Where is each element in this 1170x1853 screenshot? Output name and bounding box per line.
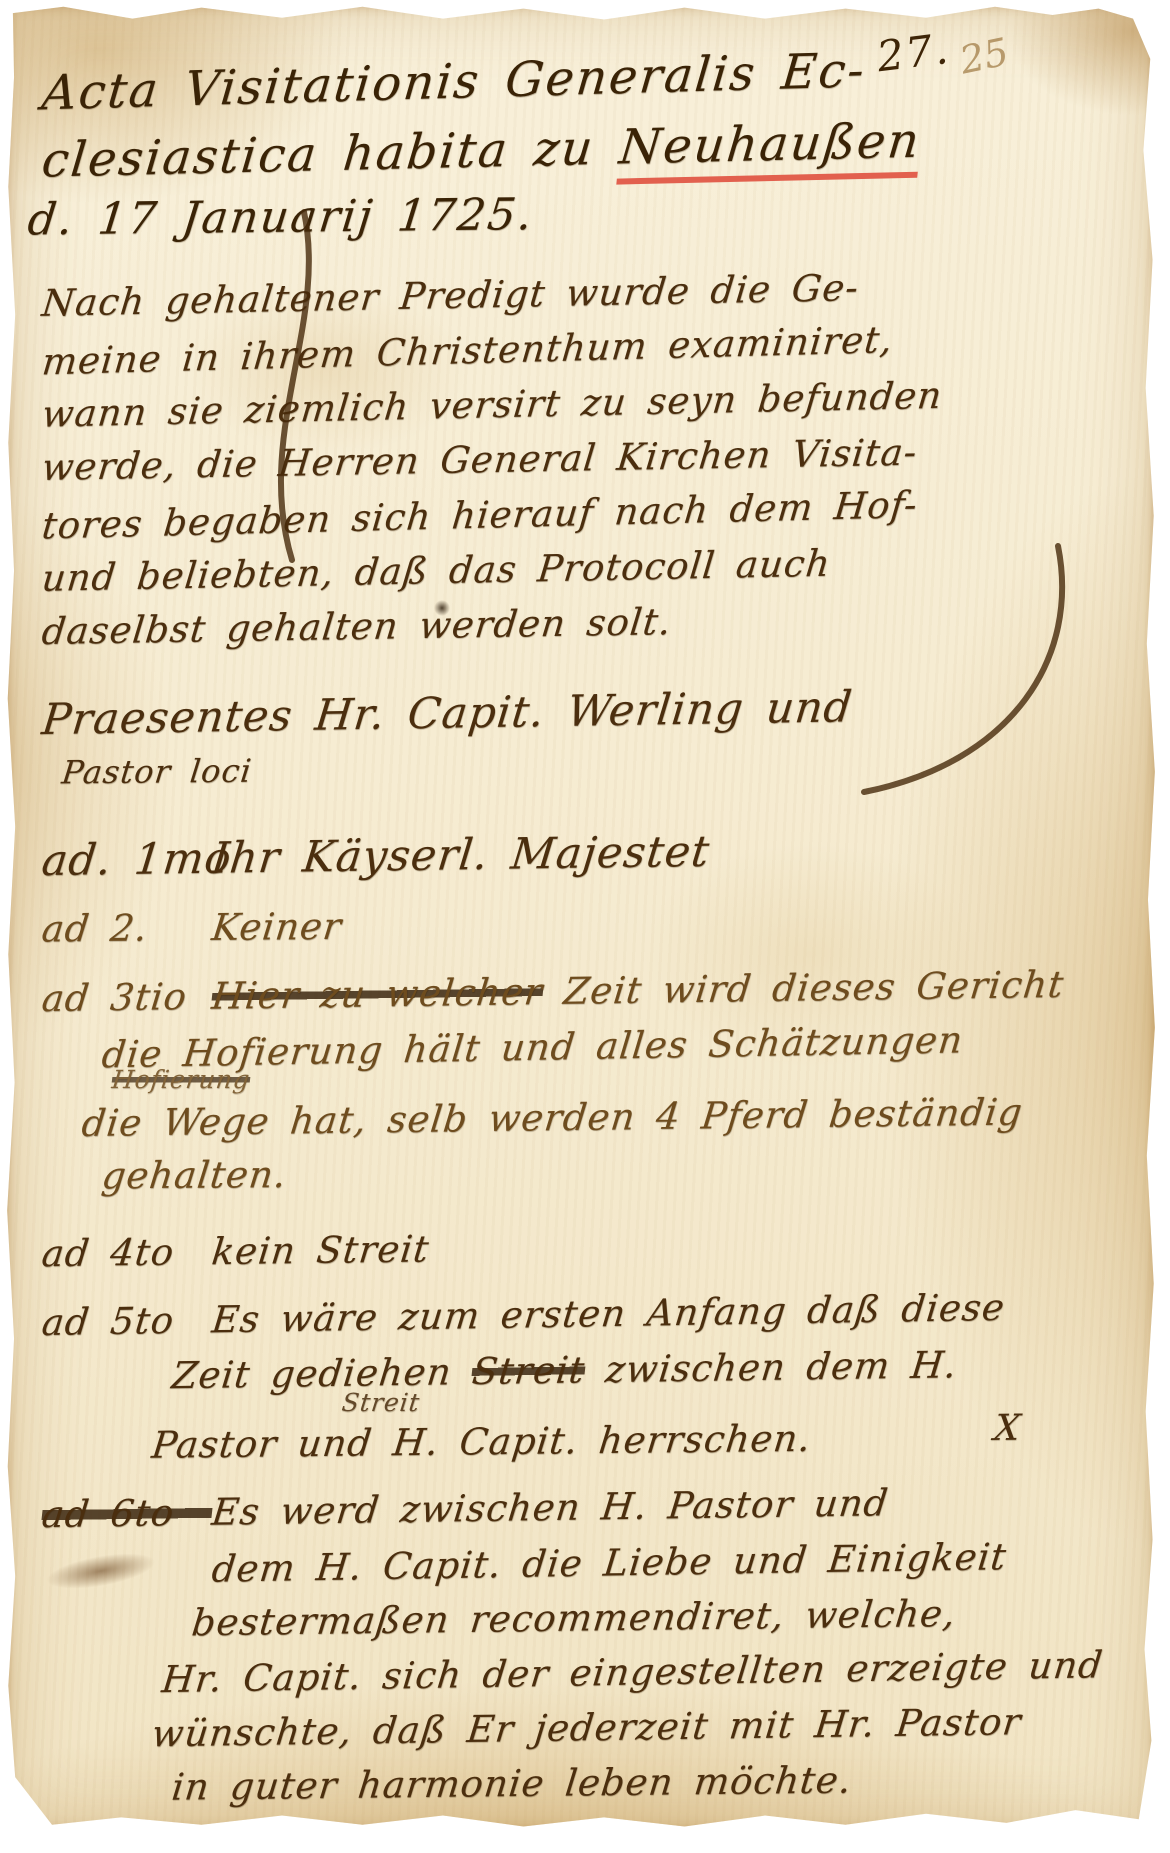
item-ad-2: ad 2.Keiner (42, 897, 1066, 952)
presentes: Praesentes Hr. Capit. Werling undPastor … (42, 681, 1066, 793)
item-label: ad 2. (39, 900, 215, 957)
manuscript-line: ad 4tokein Streit (39, 1214, 1069, 1282)
text-segment: Keiner (210, 905, 345, 949)
text-segment: Pastor loci (60, 752, 254, 792)
text-segment: daselbst gehalten werden solt. (40, 600, 674, 653)
item-ad-6: ad 6toEs werd zwischen H. Pastor unddem … (42, 1480, 1066, 1810)
item-label: ad 5to (39, 1292, 215, 1350)
item-label: ad 6to (39, 1485, 215, 1542)
text-segment: Ihr Käyserl. Majestet (209, 827, 712, 884)
item-ad-3: ad 3tioHier zu welcher Zeit wird dieses … (42, 964, 1066, 1200)
struck-text: Hier zu welcher (210, 970, 546, 1018)
text-segment: dem H. Capit. die Liebe und Einigkeit (210, 1535, 1009, 1591)
text-segment: Hr. Capit. sich der eingestellten erzeig… (160, 1643, 1106, 1701)
item-label: ad. 1mo (39, 828, 216, 892)
manuscript-line: in guter harmonie leben möchte. (169, 1750, 1069, 1814)
item-ad-5: ad 5toEs wäre zum ersten Anfang daß dies… (42, 1287, 1066, 1468)
red-underlined-word: Neuhaußen (616, 113, 924, 185)
text-segment: gehalten. (100, 1153, 290, 1197)
text-segment: zwischen dem H. (583, 1343, 960, 1391)
text-segment: Streit (340, 1388, 422, 1417)
struck-text: Hofierung (110, 1065, 252, 1094)
manuscript-line: Pastor und H. Capit. herrschen.X (149, 1408, 1069, 1473)
item-label: ad 4to (39, 1224, 215, 1281)
manuscript-line: die Wege hat, selb werden 4 Pferd bestän… (79, 1084, 1069, 1151)
text-segment: in guter harmonie leben möchte. (170, 1759, 855, 1809)
item-label: ad 3tio (39, 969, 215, 1026)
margin-x-mark: X (991, 1401, 1024, 1456)
scan-background: 27. 25 Acta Visitationis Generalis Ec-cl… (0, 0, 1170, 1853)
protocol-paragraph: Nach gehaltener Predigt wurde die Ge-mei… (42, 266, 1066, 651)
text-segment: und beliebten, daß das Protocoll auch (40, 542, 833, 600)
text-segment: Es wäre zum ersten Anfang daß diese (210, 1286, 1008, 1342)
manuscript-line: ad. 1moIhr Käyserl. Majestet (39, 816, 1070, 892)
manuscript-line: Pastor loci (59, 739, 1069, 798)
text-segment: Pastor und H. Capit. herrschen. (150, 1417, 814, 1467)
text-segment: kein Streit (210, 1227, 432, 1273)
manuscript-page: 27. 25 Acta Visitationis Generalis Ec-cl… (6, 4, 1156, 1832)
text-segment: d. 17 Januarij 1725. (25, 189, 536, 245)
item-ad-1: ad. 1moIhr Käyserl. Majestet (42, 823, 1066, 885)
text-segment: Es werd zwischen H. Pastor und (210, 1481, 891, 1534)
struck-text: Streit (470, 1348, 587, 1393)
manuscript-line: ad 2.Keiner (39, 893, 1069, 957)
heading: Acta Visitationis Generalis Ec-clesiasti… (42, 44, 1066, 246)
manuscript-content: Acta Visitationis Generalis Ec-clesiasti… (42, 44, 1066, 1810)
text-segment: bestermaßen recommendiret, welche, (190, 1592, 959, 1644)
manuscript-line: d. 17 Januarij 1725. (25, 179, 1070, 252)
text-segment: clesiastica habita zu (39, 119, 622, 188)
text-segment: Praesentes Hr. Capit. Werling und (39, 682, 855, 745)
text-segment: Zeit wird dieses Gericht (541, 963, 1067, 1013)
text-segment: die Wege hat, selb werden 4 Pferd bestän… (80, 1090, 1025, 1145)
manuscript-line: gehalten. (99, 1142, 1069, 1204)
text-segment: wünschte, daß Er jederzeit mit Hr. Pasto… (150, 1700, 1024, 1755)
item-ad-4: ad 4tokein Streit (42, 1220, 1066, 1275)
